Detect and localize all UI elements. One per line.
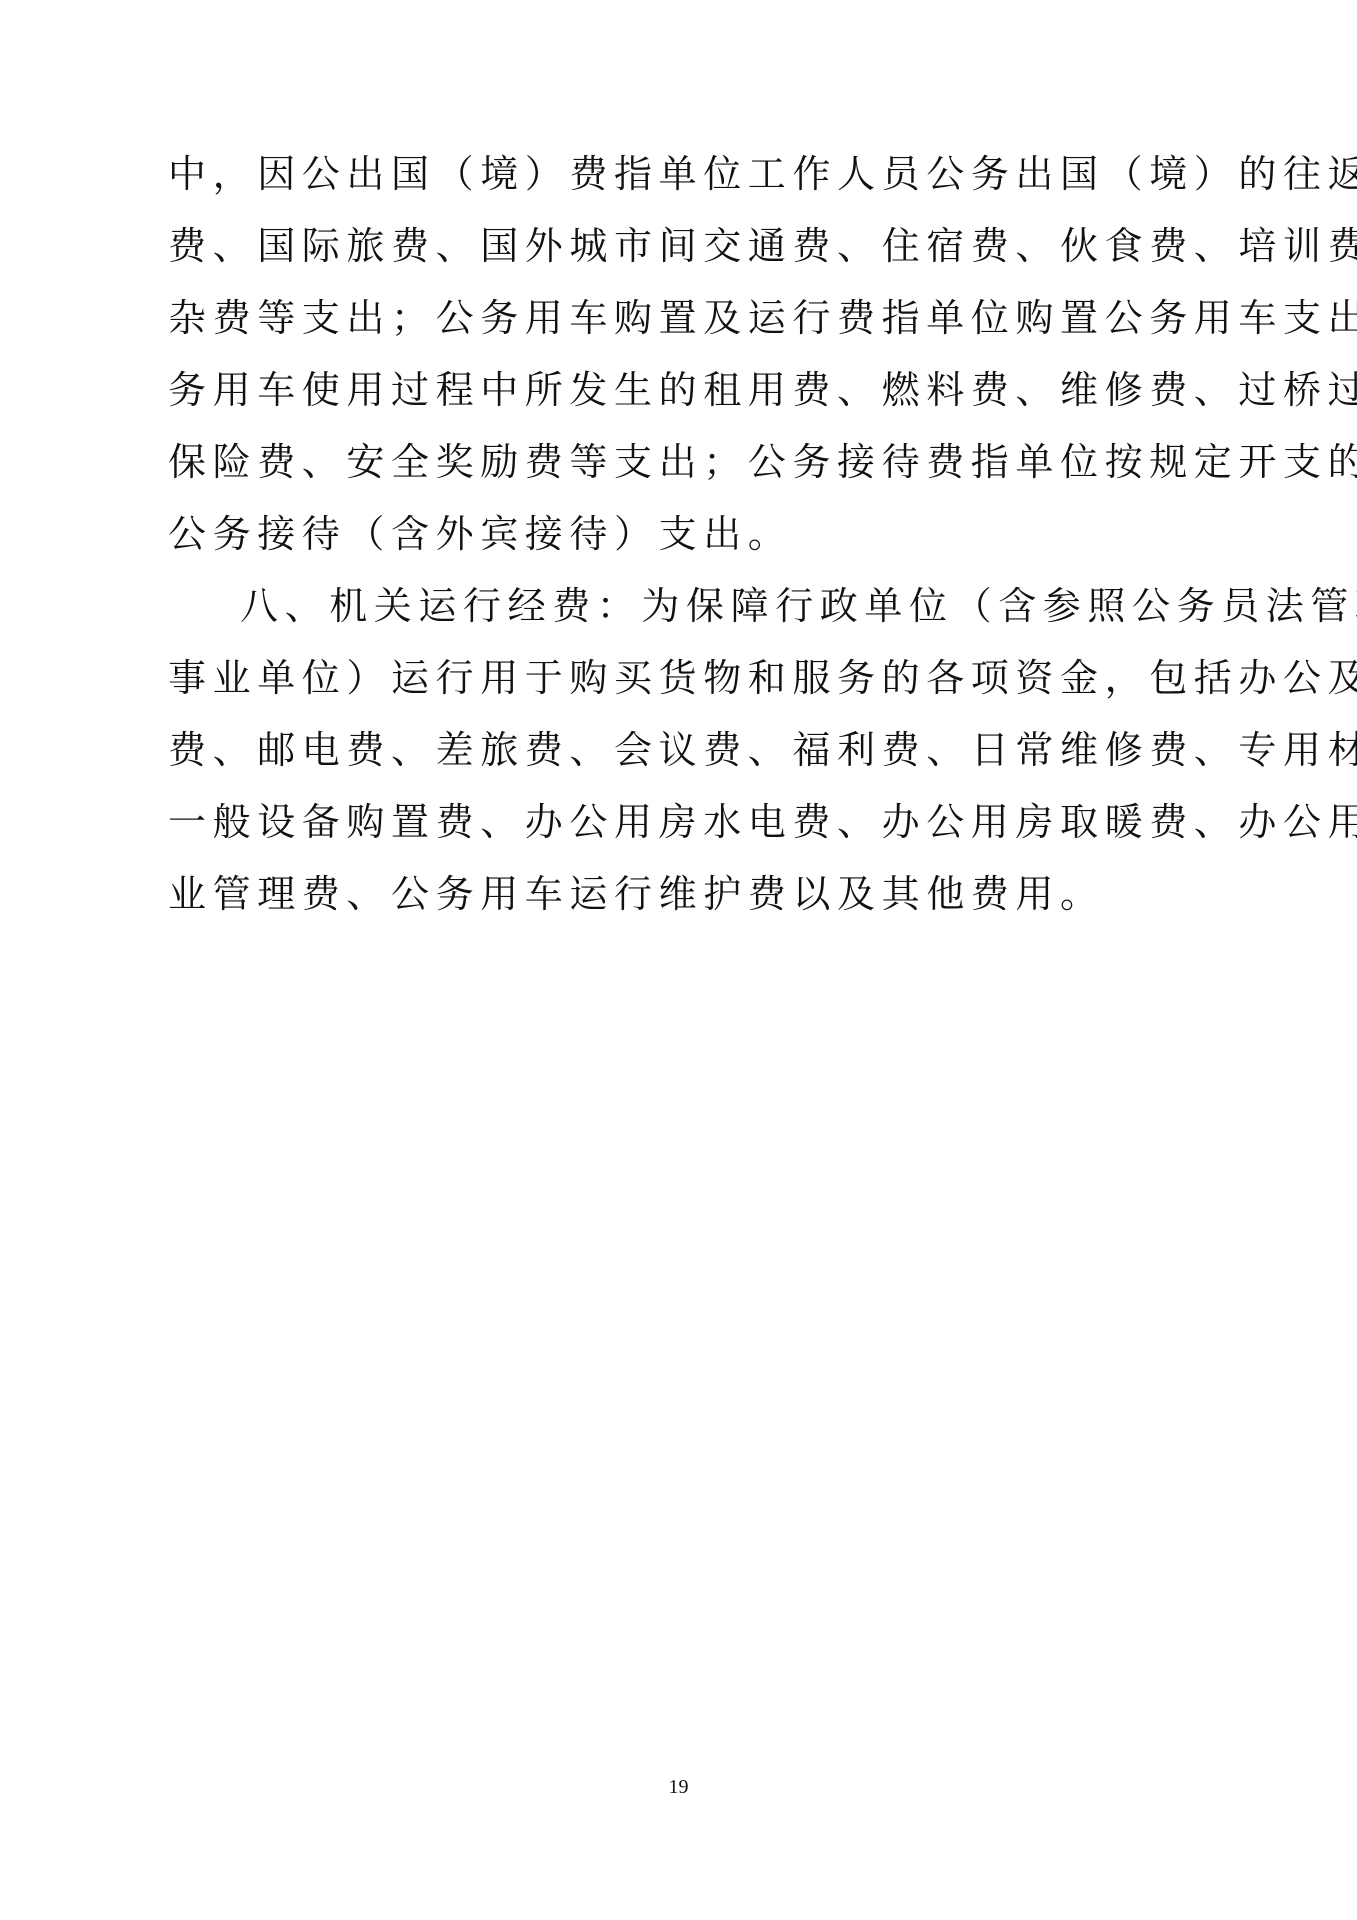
paragraph-official-expenses-definition: 中，因公出国（境）费指单位工作人员公务出国（境）的往返机票 费、国际旅费、国外城… [168,138,1218,570]
text-line: 公务接待（含外宾接待）支出。 [168,498,1218,570]
document-page: 中，因公出国（境）费指单位工作人员公务出国（境）的往返机票 费、国际旅费、国外城… [0,0,1357,1920]
text-line: 务用车使用过程中所发生的租用费、燃料费、维修费、过桥过路费、 [168,354,1218,426]
text-line: 业管理费、公务用车运行维护费以及其他费用。 [168,858,1218,930]
text-line: 费、邮电费、差旅费、会议费、福利费、日常维修费、专用材料及 [168,714,1218,786]
paragraph-section-8-operating-funds: 八、机关运行经费：为保障行政单位（含参照公务员法管理的 事业单位）运行用于购买货… [168,570,1218,930]
text-line: 杂费等支出；公务用车购置及运行费指单位购置公务用车支出及公 [168,282,1218,354]
section-heading-line: 八、机关运行经费：为保障行政单位（含参照公务员法管理的 [168,570,1218,642]
page-number: 19 [0,1776,1357,1799]
text-line: 费、国际旅费、国外城市间交通费、住宿费、伙食费、培训费、公 [168,210,1218,282]
text-line: 事业单位）运行用于购买货物和服务的各项资金，包括办公及印刷 [168,642,1218,714]
text-line: 保险费、安全奖励费等支出；公务接待费指单位按规定开支的各类 [168,426,1218,498]
text-line: 一般设备购置费、办公用房水电费、办公用房取暖费、办公用房物 [168,786,1218,858]
text-line: 中，因公出国（境）费指单位工作人员公务出国（境）的往返机票 [168,138,1218,210]
document-body: 中，因公出国（境）费指单位工作人员公务出国（境）的往返机票 费、国际旅费、国外城… [168,138,1218,930]
